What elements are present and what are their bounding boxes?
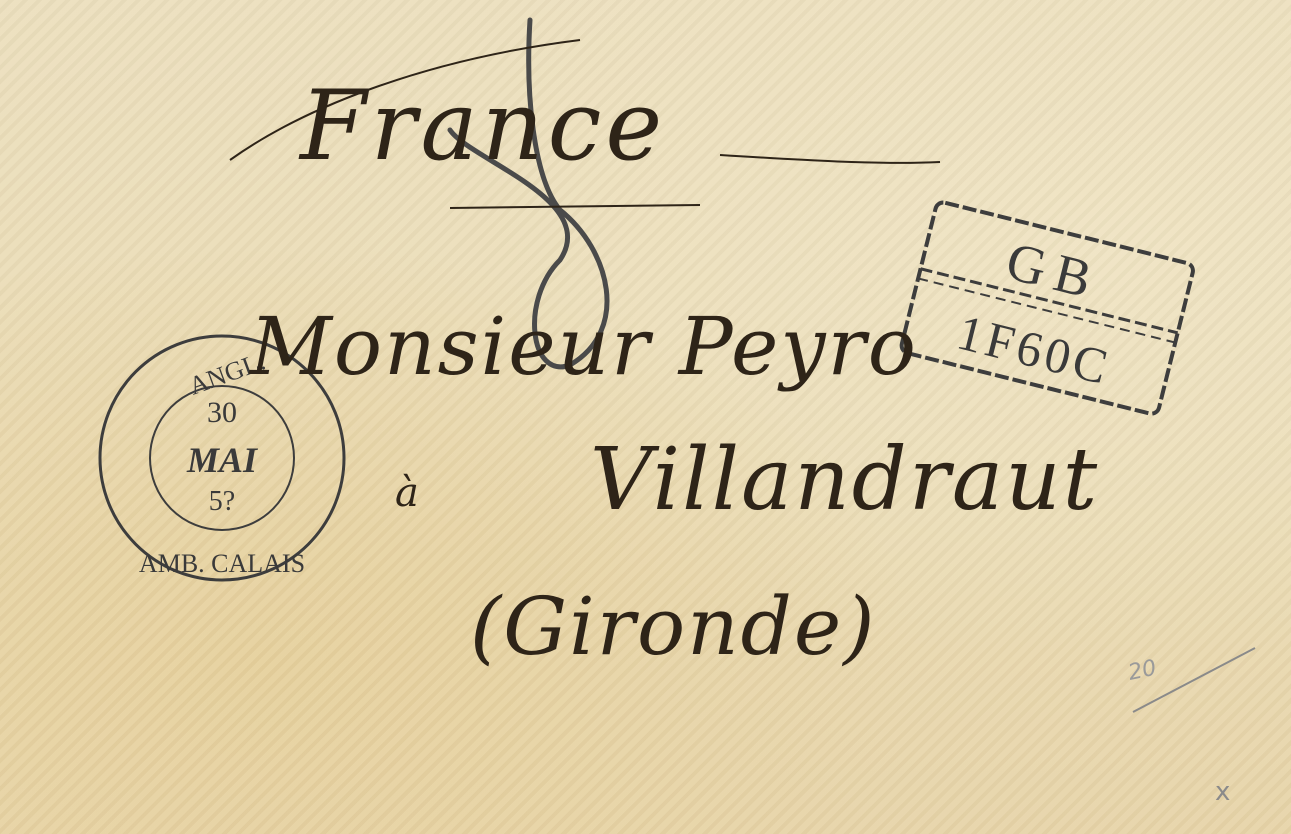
- boxed-line1: GB: [1001, 230, 1108, 311]
- postmark-bottom-text: AMB. CALAIS: [139, 549, 305, 578]
- handwriting-town: Villandraut: [590, 430, 1099, 530]
- handwriting-recipient: Monsieur Peyro: [250, 300, 918, 393]
- boxed-gb-marking: GB 1F60C: [900, 201, 1195, 416]
- handwriting-france: France: [300, 70, 666, 182]
- handwriting-a: à: [395, 470, 419, 516]
- postmark-year: 5?: [209, 486, 235, 517]
- postmark-month: MAI: [186, 440, 259, 480]
- postmark-day: 30: [207, 396, 237, 429]
- pencil-mark: x: [1215, 777, 1230, 807]
- handwriting-department: (Gironde): [470, 580, 876, 673]
- boxed-line2: 1F60C: [952, 304, 1117, 396]
- pencil-notes: 20 x: [1126, 648, 1255, 807]
- pencil-price-note: 20: [1126, 656, 1159, 686]
- envelope-cover: ANGL. 30 MAI 5? AMB. CALAIS GB 1F60C 20 …: [0, 0, 1291, 834]
